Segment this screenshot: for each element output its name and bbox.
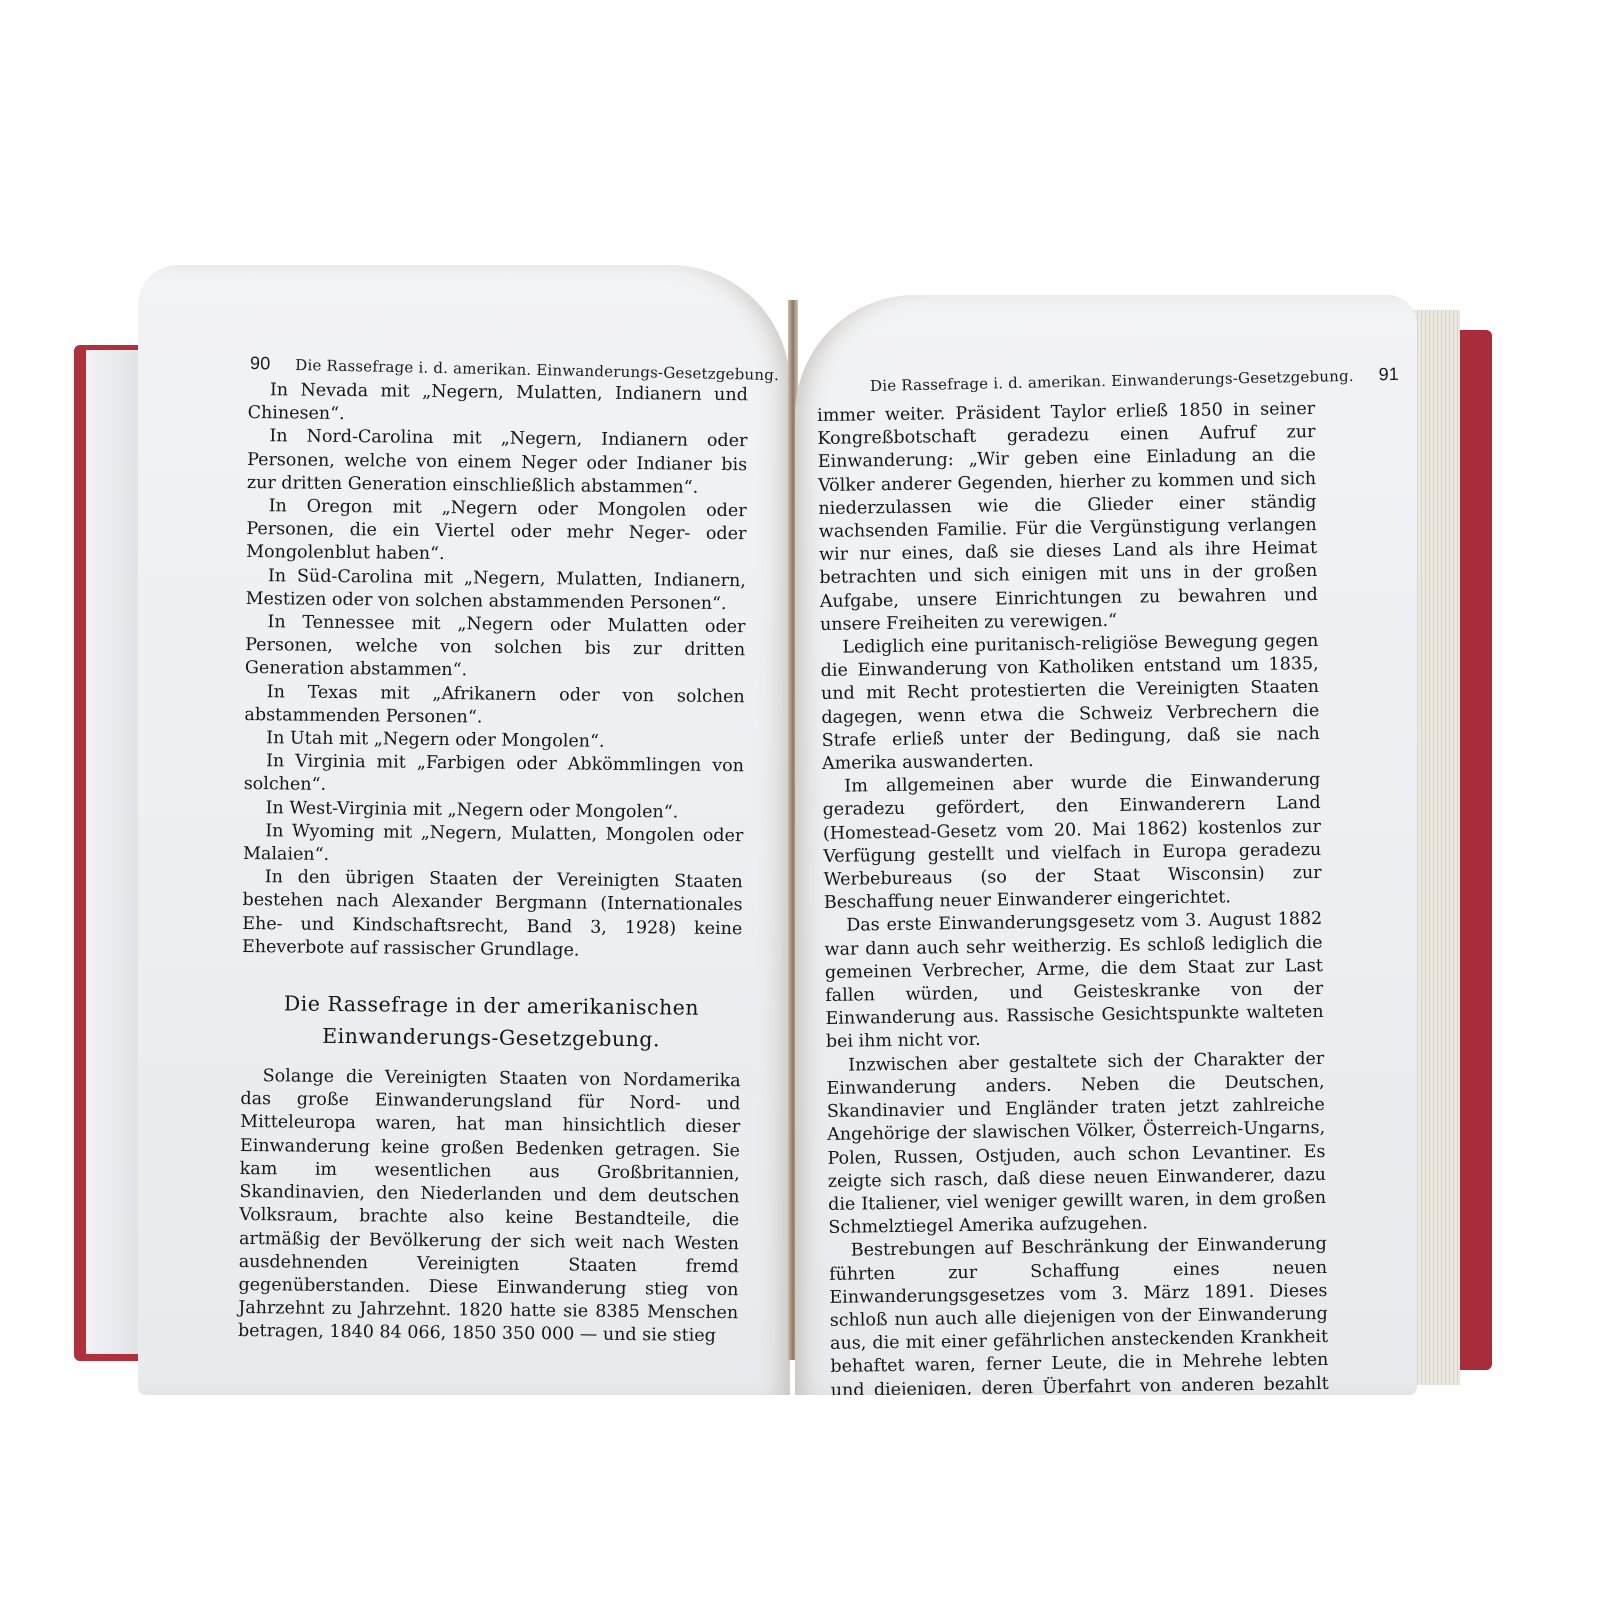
paragraph: Solange die Vereinigten Staaten von Nord…: [238, 1065, 741, 1349]
left-page: 90 Die Rassefrage i. d. amerikan. Einwan…: [138, 265, 790, 1395]
paragraph: In Süd-Carolina mit „Negern, Mulatten, I…: [246, 565, 746, 617]
paragraph: In den übrigen Staaten der Vereinigten S…: [242, 866, 743, 964]
page-number: 90: [250, 353, 271, 373]
paragraph: In Virginia mit „Farbigen oder Abkömmlin…: [244, 750, 744, 802]
paragraph: In Nord-Carolina mit „Negern, Indianern …: [247, 425, 748, 500]
paragraph: Im allgemeinen aber wurde die Einwanderu…: [822, 769, 1322, 915]
paragraph: In Texas mit „Afrikanern oder von solche…: [244, 681, 744, 733]
page-number: 91: [1378, 364, 1399, 384]
paragraph: In Oregon mit „Negern oder Mongolen oder…: [246, 495, 747, 570]
running-head-title: Die Rassefrage i. d. amerikan. Einwander…: [870, 367, 1354, 395]
paragraph: In Wyoming mit „Negern, Mulatten, Mongol…: [243, 820, 743, 872]
left-page-body: In Nevada mit „Negern, Mulatten, Indiane…: [238, 379, 748, 1349]
section-heading: Die Rassefrage in der amerikanischen Ein…: [241, 987, 742, 1056]
paragraph: Das erste Einwanderungsgesetz vom 3. Aug…: [824, 908, 1324, 1054]
paragraph: Lediglich eine puritanisch-religiöse Bew…: [820, 630, 1320, 776]
paragraph: In Nevada mit „Negern, Mulatten, Indiane…: [248, 379, 748, 431]
right-page: Die Rassefrage i. d. amerikan. Einwander…: [795, 295, 1417, 1395]
paragraph: Inzwischen aber gestaltete sich der Char…: [826, 1048, 1327, 1241]
running-head-right: Die Rassefrage i. d. amerikan. Einwander…: [870, 364, 1399, 396]
page-block-edges: [1410, 310, 1460, 1385]
paragraph: In Tennessee mit „Negern oder Mulatten o…: [245, 611, 746, 686]
paragraph: immer weiter. Präsident Taylor erließ 18…: [817, 398, 1318, 637]
section-heading-line: Einwanderungs-Gesetzgebung.: [241, 1019, 741, 1056]
section-heading-line: Die Rassefrage in der amerikanischen: [241, 987, 741, 1024]
paragraph: Bestrebungen auf Beschränkung der Einwan…: [829, 1233, 1330, 1395]
right-page-body: immer weiter. Präsident Taylor erließ 18…: [817, 398, 1329, 1395]
